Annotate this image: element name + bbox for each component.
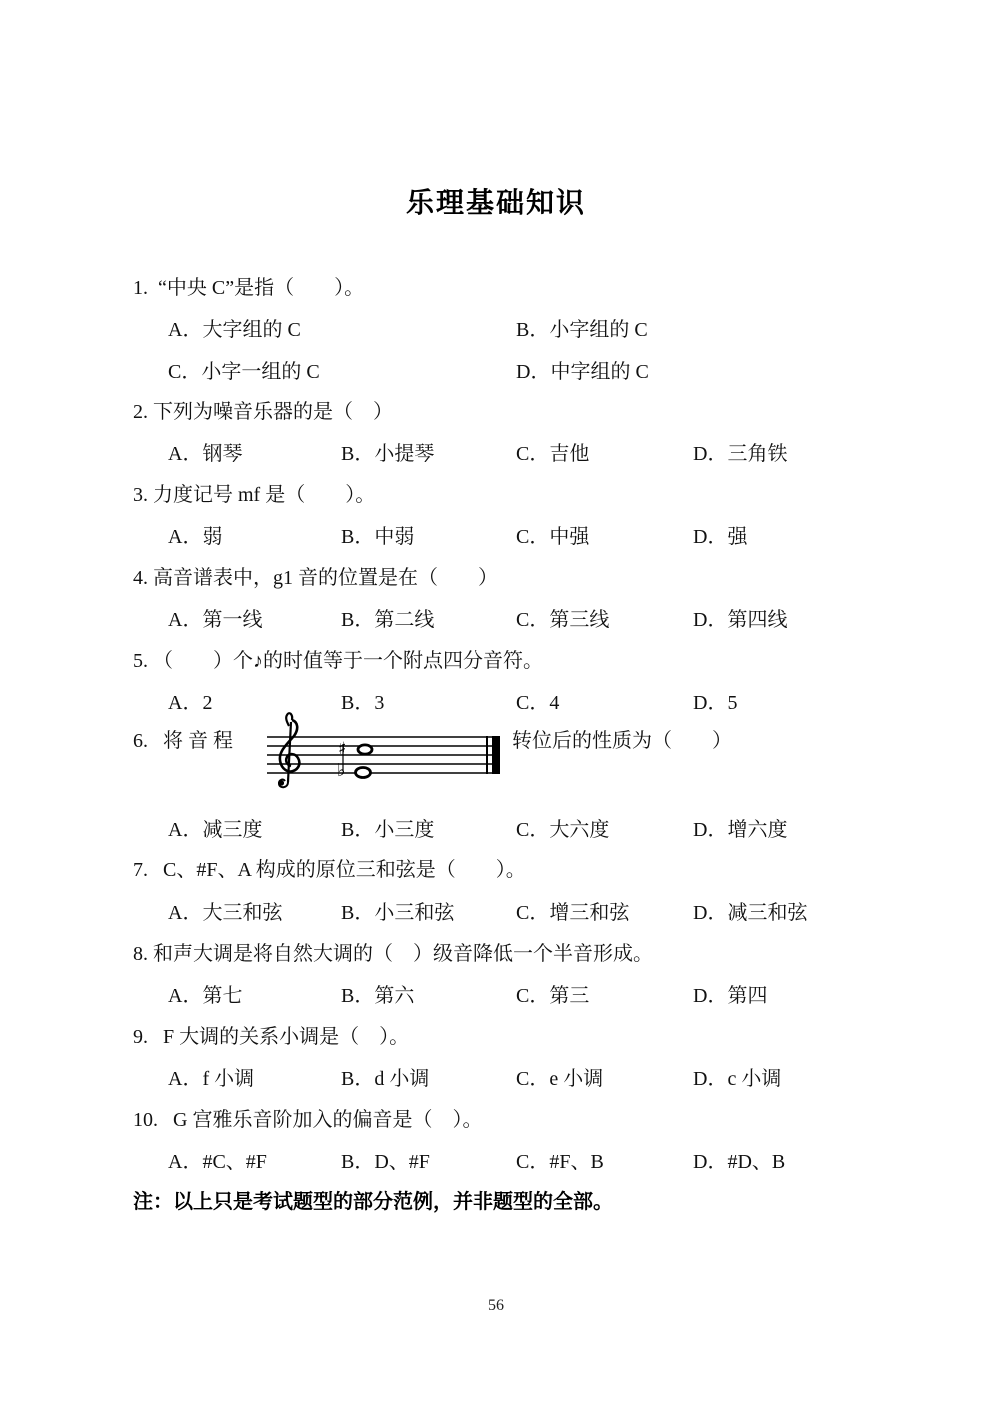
option-2-d: D．三角铁 — [693, 442, 787, 466]
question-3-options: A．弱 B．中弱 C．中强 D．强 — [0, 525, 992, 551]
option-6-a: A．减三度 — [168, 818, 262, 842]
question-6-text-right: 转位后的性质为（ ） — [512, 729, 732, 753]
question-4: 4. 高音谱表中，g1 音的位置是在（ ） — [0, 566, 992, 592]
question-3-text: 3. 力度记号 mf 是（ ）。 — [133, 483, 375, 507]
footnote-text: 注：以上只是考试题型的部分范例，并非题型的全部。 — [133, 1190, 613, 1214]
question-8: 8. 和声大调是将自然大调的（ ）级音降低一个半音形成。 — [0, 942, 992, 968]
option-1-c: C．小字一组的 C — [168, 360, 320, 384]
option-5-c: C．4 — [516, 691, 559, 715]
option-5-a: A．2 — [168, 691, 212, 715]
option-2-a: A．钢琴 — [168, 442, 242, 466]
option-9-b: B．d 小调 — [341, 1067, 429, 1091]
question-8-options: A．第七 B．第六 C．第三 D．第四 — [0, 984, 992, 1010]
question-7-options: A．大三和弦 B．小三和弦 C．增三和弦 D．减三和弦 — [0, 901, 992, 927]
question-7: 7. C、#F、A 构成的原位三和弦是（ ）。 — [0, 858, 992, 884]
question-6-options: A．减三度 B．小三度 C．大六度 D．增六度 — [0, 818, 992, 844]
question-9-text: 9. F 大调的关系小调是（ ）。 — [133, 1025, 409, 1049]
option-9-d: D．c 小调 — [693, 1067, 781, 1091]
question-2-options: A．钢琴 B．小提琴 C．吉他 D．三角铁 — [0, 442, 992, 468]
option-3-a: A．弱 — [168, 525, 222, 549]
option-10-b: B．D、#F — [341, 1150, 430, 1174]
musical-staff-figure: ♯ ♭ — [262, 698, 504, 794]
question-9: 9. F 大调的关系小调是（ ）。 — [0, 1025, 992, 1051]
question-3: 3. 力度记号 mf 是（ ）。 — [0, 483, 992, 509]
question-5-text: 5. （ ）个♪的时值等于一个附点四分音符。 — [133, 649, 543, 673]
flat-icon: ♭ — [337, 760, 346, 781]
option-1-b: B．小字组的 C — [516, 318, 648, 342]
option-9-c: C．e 小调 — [516, 1067, 603, 1091]
question-1: 1. “中央 C”是指（ ）。 — [0, 276, 992, 302]
option-9-a: A．f 小调 — [168, 1067, 254, 1091]
page-number: 56 — [0, 1297, 992, 1315]
question-1-options-row-1: A．大字组的 C B．小字组的 C — [0, 318, 992, 344]
option-3-c: C．中强 — [516, 525, 589, 549]
option-8-c: C．第三 — [516, 984, 589, 1008]
option-4-b: B．第二线 — [341, 608, 434, 632]
sharp-icon: ♯ — [338, 739, 346, 759]
option-4-c: C．第三线 — [516, 608, 609, 632]
option-1-d: D．中字组的 C — [516, 360, 649, 384]
footnote: 注：以上只是考试题型的部分范例，并非题型的全部。 — [0, 1190, 992, 1216]
page-title: 乐理基础知识 — [0, 181, 992, 221]
question-6-text-left: 6. 将 音 程 — [133, 729, 233, 753]
option-4-d: D．第四线 — [693, 608, 787, 632]
question-5: 5. （ ）个♪的时值等于一个附点四分音符。 — [0, 649, 992, 675]
option-8-d: D．第四 — [693, 984, 767, 1008]
option-4-a: A．第一线 — [168, 608, 262, 632]
option-5-d: D．5 — [693, 691, 737, 715]
question-1-text: 1. “中央 C”是指（ ）。 — [133, 276, 364, 300]
question-10-options: A．#C、#F B．D、#F C．#F、B D．#D、B — [0, 1150, 992, 1176]
option-7-b: B．小三和弦 — [341, 901, 454, 925]
option-2-b: B．小提琴 — [341, 442, 434, 466]
option-8-b: B．第六 — [341, 984, 414, 1008]
option-10-d: D．#D、B — [693, 1150, 785, 1174]
option-3-d: D．强 — [693, 525, 747, 549]
option-7-c: C．增三和弦 — [516, 901, 629, 925]
option-7-a: A．大三和弦 — [168, 901, 282, 925]
option-6-c: C．大六度 — [516, 818, 609, 842]
question-10-text: 10. G 宫雅乐音阶加入的偏音是（ ）。 — [133, 1108, 482, 1132]
question-4-text: 4. 高音谱表中，g1 音的位置是在（ ） — [133, 566, 498, 590]
question-2-text: 2. 下列为噪音乐器的是（ ） — [133, 400, 393, 424]
option-3-b: B．中弱 — [341, 525, 414, 549]
question-9-options: A．f 小调 B．d 小调 C．e 小调 D．c 小调 — [0, 1067, 992, 1093]
treble-clef-icon — [279, 713, 299, 787]
question-4-options: A．第一线 B．第二线 C．第三线 D．第四线 — [0, 608, 992, 634]
exam-document-page: 乐理基础知识 1. “中央 C”是指（ ）。 A．大字组的 C B．小字组的 C… — [0, 0, 992, 1403]
option-10-c: C．#F、B — [516, 1150, 604, 1174]
option-2-c: C．吉他 — [516, 442, 589, 466]
staff-lines — [267, 737, 500, 773]
question-1-options-row-2: C．小字一组的 C D．中字组的 C — [0, 360, 992, 386]
option-1-a: A．大字组的 C — [168, 318, 301, 342]
option-7-d: D．减三和弦 — [693, 901, 807, 925]
option-10-a: A．#C、#F — [168, 1150, 267, 1174]
upper-whole-note — [358, 745, 372, 754]
option-6-b: B．小三度 — [341, 818, 434, 842]
question-8-text: 8. 和声大调是将自然大调的（ ）级音降低一个半音形成。 — [133, 942, 653, 966]
option-8-a: A．第七 — [168, 984, 242, 1008]
option-6-d: D．增六度 — [693, 818, 787, 842]
question-7-text: 7. C、#F、A 构成的原位三和弦是（ ）。 — [133, 858, 526, 882]
question-10: 10. G 宫雅乐音阶加入的偏音是（ ）。 — [0, 1108, 992, 1134]
question-2: 2. 下列为噪音乐器的是（ ） — [0, 400, 992, 426]
lower-whole-note — [356, 768, 371, 778]
